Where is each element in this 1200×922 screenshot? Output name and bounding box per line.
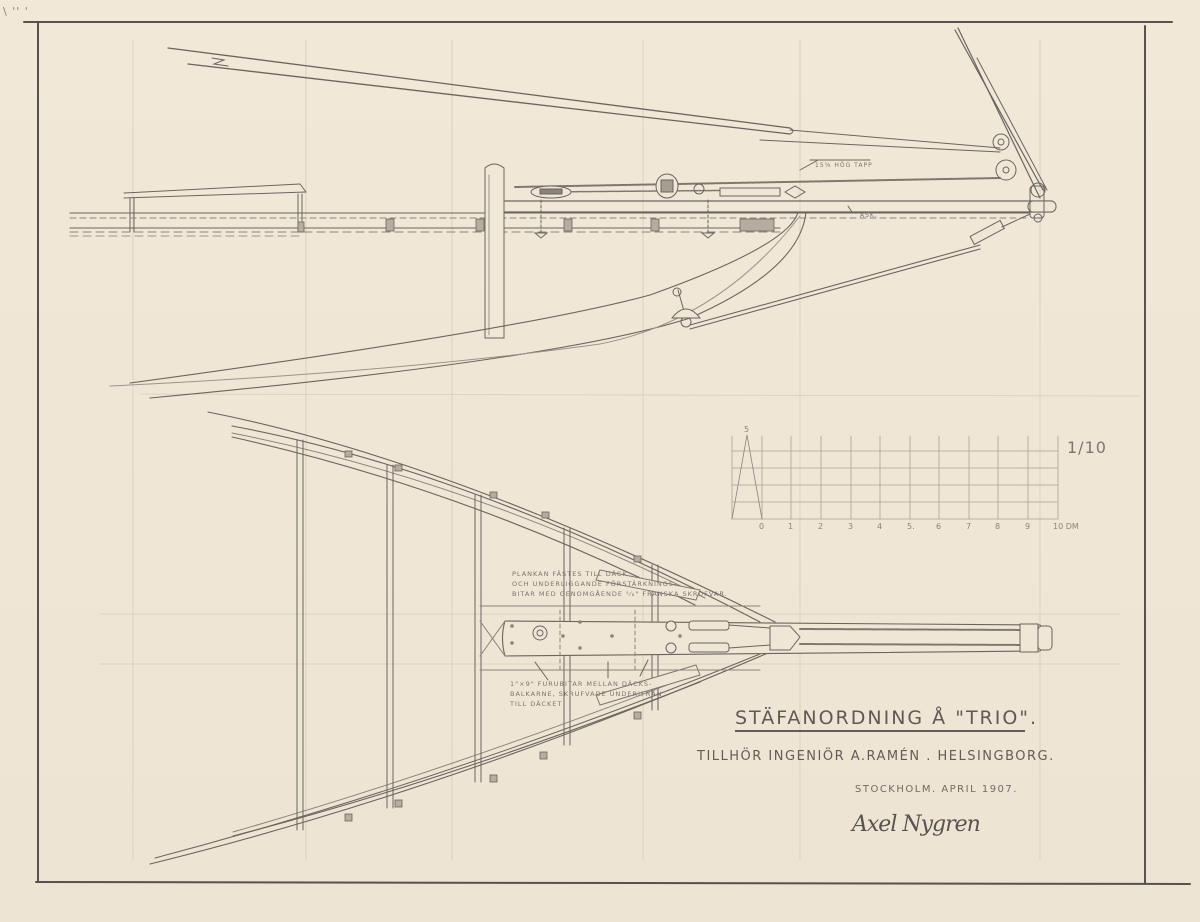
title-underline — [735, 730, 1025, 732]
scale-left-label: 5 — [744, 425, 749, 434]
drawing-sheet: \ '' ' 15⅝ HÖG TAPP ASK. PLANKAN FÄSTES … — [0, 0, 1200, 922]
tapp-label: 15⅝ HÖG TAPP — [815, 162, 873, 169]
furu-note: 1"×9" FURUBITAR MELLAN DÄCKS- BALKARNE, … — [510, 679, 663, 709]
margin-mark: \ '' ' — [3, 5, 29, 18]
furu-note-line: TILL DÄCKET — [510, 699, 663, 709]
drawing-title: STÄFANORDNING Å "TRIO". — [735, 707, 1038, 729]
scale-tick: 8 — [995, 522, 1000, 531]
plank-note-line: PLANKAN FÄSTES TILL DÄCK — [512, 569, 728, 579]
scale-tick: 6 — [936, 522, 941, 531]
plan-view — [150, 412, 1052, 864]
scale-tick: 3 — [848, 522, 853, 531]
scale-tick: 4 — [877, 522, 882, 531]
signature: Axel Nygren — [852, 812, 980, 837]
scale-tick: 10 DM — [1053, 522, 1079, 531]
owner-line: TILLHÖR INGENIÖR A.RAMÉN . HELSINGBORG. — [697, 749, 1055, 764]
plank-note-line: OCH UNDERLIGGANDE FÖRSTÄRKNINGS- — [512, 579, 728, 589]
scale-tick: 2 — [818, 522, 823, 531]
scale-tick: 7 — [966, 522, 971, 531]
place-date: STOCKHOLM. APRIL 1907. — [855, 784, 1018, 795]
technical-drawing — [0, 0, 1200, 922]
furu-note-line: BALKARNE, SKRUFVADE UNDERIFRÅN — [510, 689, 663, 699]
plank-note: PLANKAN FÄSTES TILL DÄCK OCH UNDERLIGGAN… — [512, 569, 728, 599]
scale-bar — [732, 435, 1058, 519]
plank-note-line: BITAR MED GENOMGÅENDE ⁵⁄₈" FRANSKA SKRUF… — [512, 589, 728, 599]
side-elevation — [70, 28, 1056, 398]
scale-tick: 9 — [1025, 522, 1030, 531]
scale-tick: 0 — [759, 522, 764, 531]
scale-tick: 5. — [907, 522, 915, 531]
scale-ratio: 1/10 — [1067, 438, 1107, 457]
furu-note-line: 1"×9" FURUBITAR MELLAN DÄCKS- — [510, 679, 663, 689]
ask-label: ASK. — [860, 212, 878, 219]
scale-tick: 1 — [788, 522, 793, 531]
